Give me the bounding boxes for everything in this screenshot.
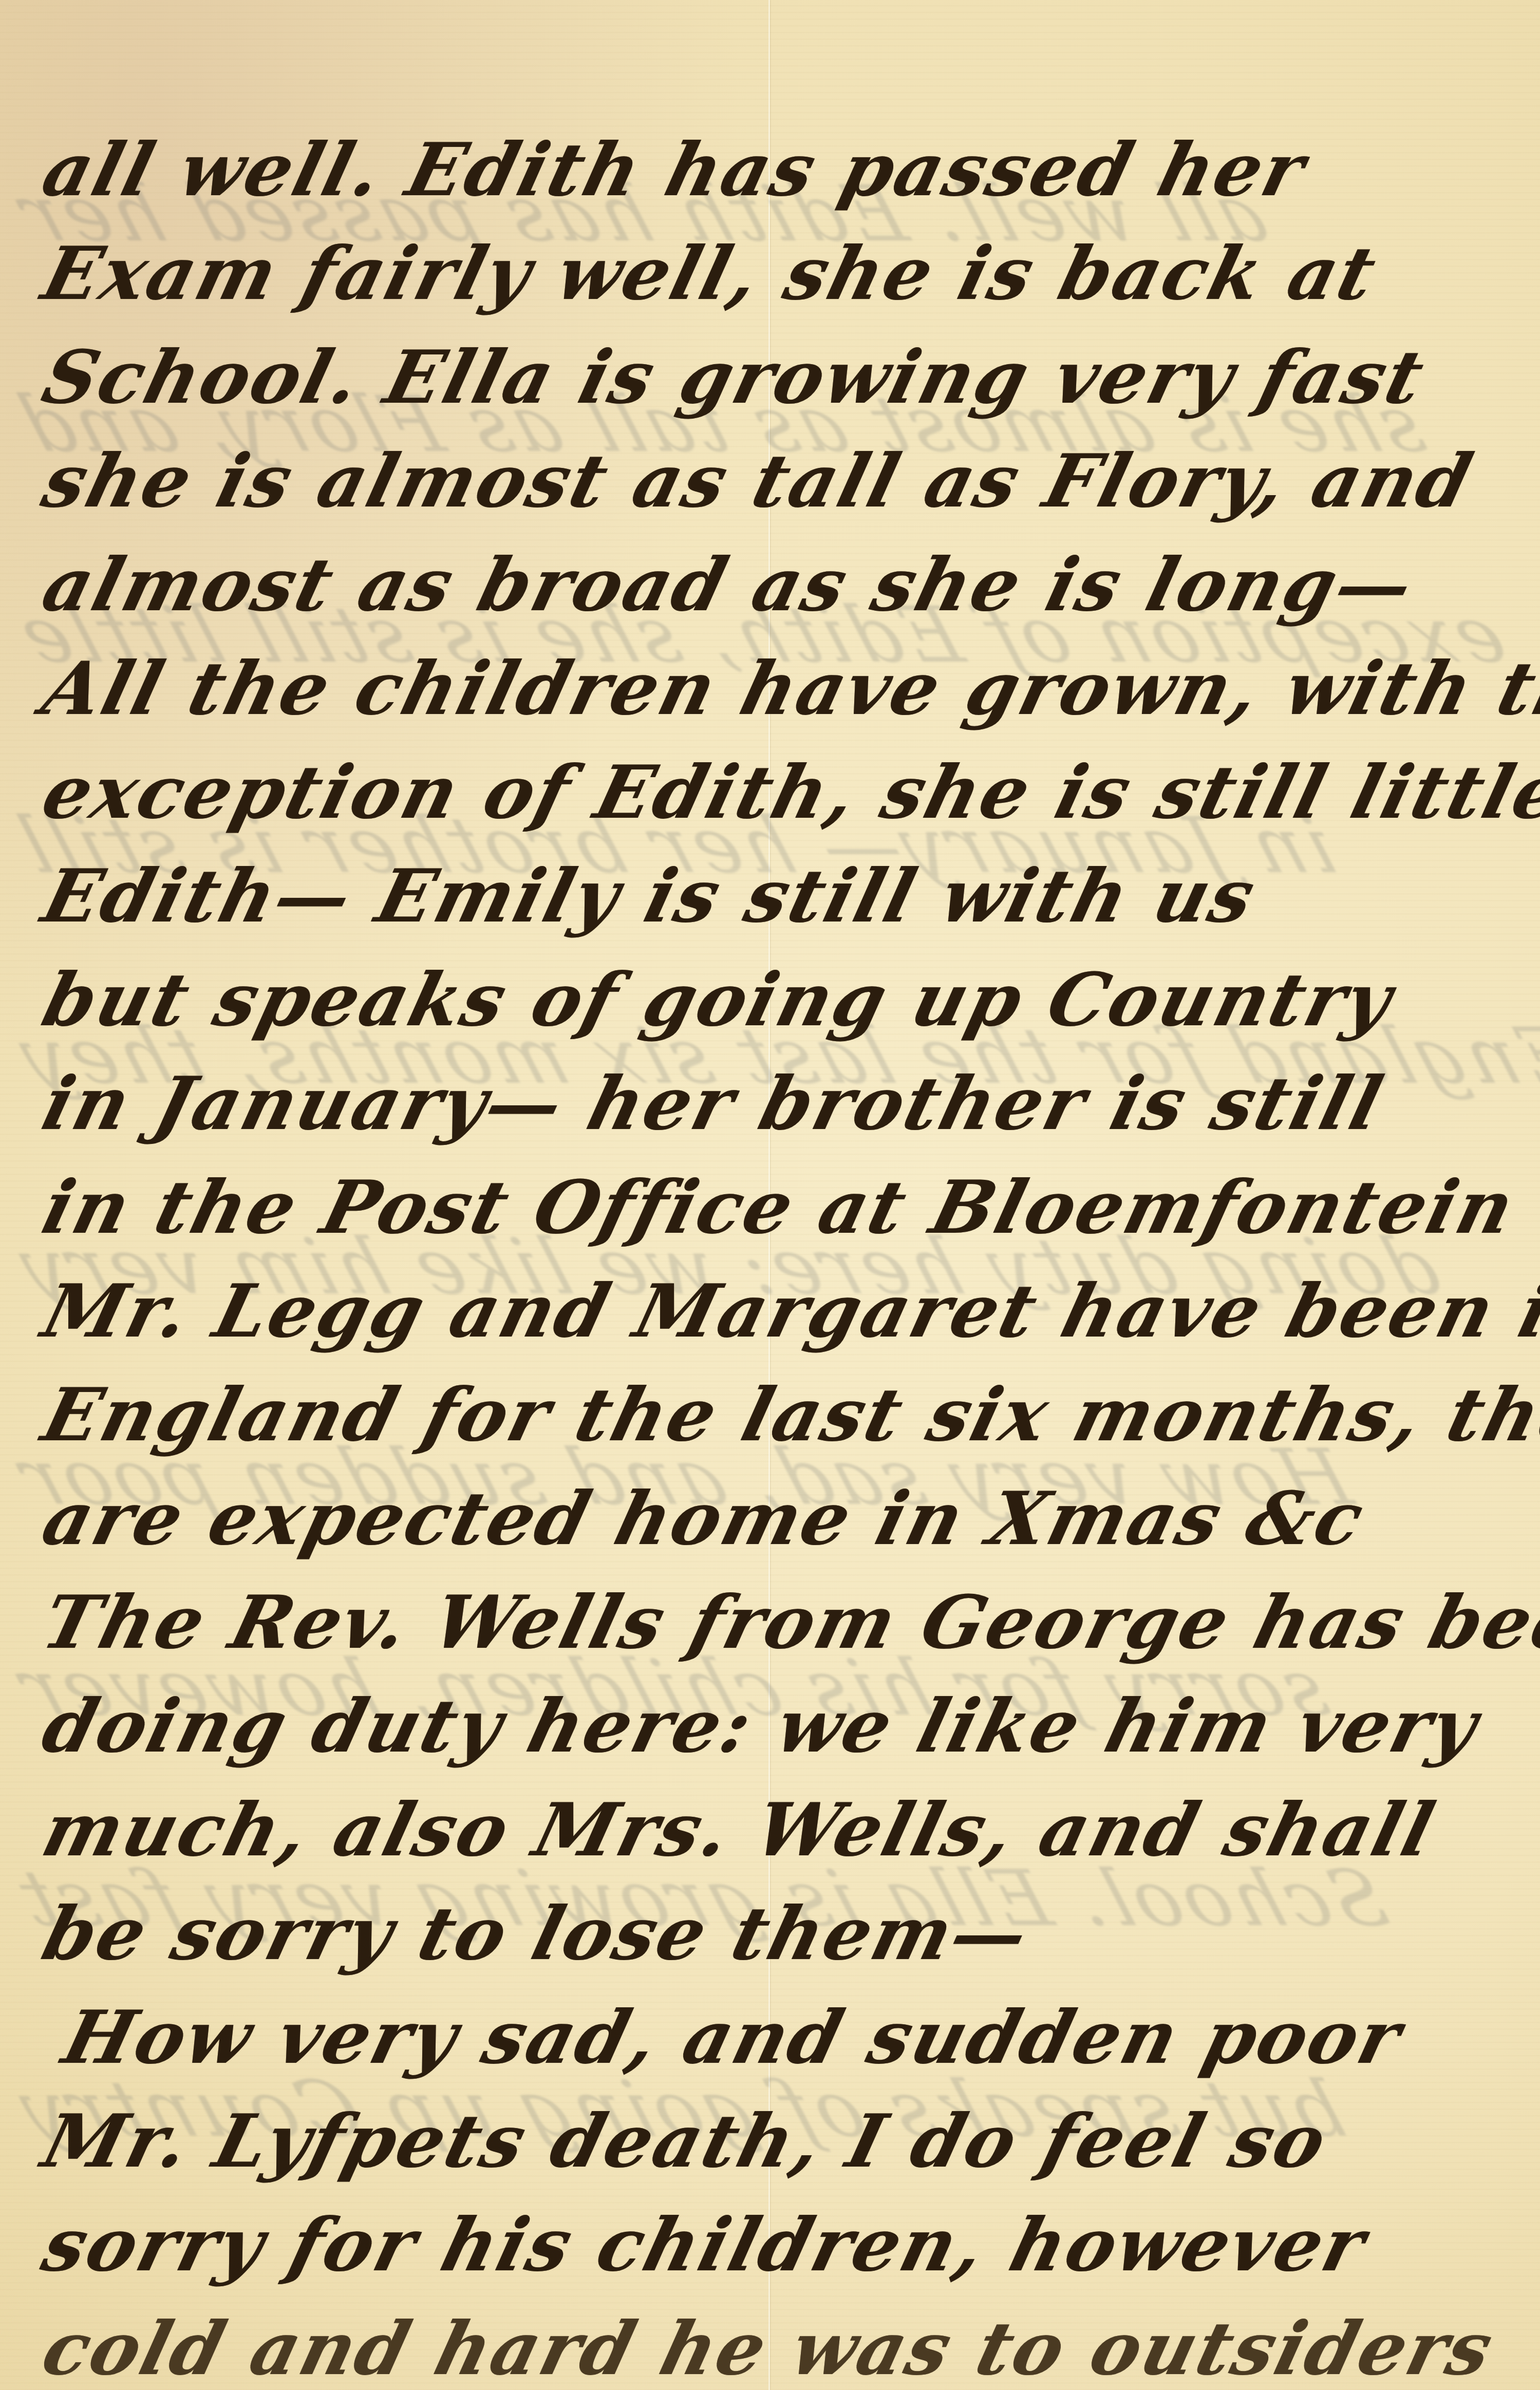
letter-line-18: be sorry to lose them— xyxy=(36,1867,1540,1970)
letter-line-10: in January— her brother is still xyxy=(36,1037,1540,1140)
letter-line-7: exception of Edith, she is still little xyxy=(36,725,1540,829)
letter-line-16: doing duty here: we like him very xyxy=(36,1659,1540,1763)
letter-line-6: All the children have grown, with the xyxy=(36,622,1540,725)
letter-line-1: all well. Edith has passed her xyxy=(36,103,1540,206)
letter-line-3: School. Ella is growing very fast xyxy=(36,310,1540,414)
letter-line-5: almost as broad as she is long— xyxy=(36,518,1540,622)
letter-line-4: she is almost as tall as Flory, and xyxy=(36,414,1540,518)
letter-line-22: cold and hard he was to outsiders xyxy=(36,2282,1540,2385)
letter-text: all well. Edith has passed her Exam fair… xyxy=(36,103,1515,2385)
letter-line-8: Edith— Emily is still with us xyxy=(36,829,1540,933)
letter-line-19: How very sad, and sudden poor xyxy=(36,1970,1540,2074)
letter-line-15: The Rev. Wells from George has been xyxy=(36,1555,1540,1659)
letter-line-20: Mr. Lyfpets death, I do feel so xyxy=(36,2074,1540,2178)
letter-line-12: Mr. Legg and Margaret have been in xyxy=(36,1244,1540,1348)
letter-line-13: England for the last six months, they xyxy=(36,1348,1540,1452)
letter-line-21: sorry for his children, however xyxy=(36,2178,1540,2282)
letter-line-17: much, also Mrs. Wells, and shall xyxy=(36,1763,1540,1867)
letter-line-11: in the Post Office at Bloemfontein xyxy=(36,1140,1540,1244)
letter-line-9: but speaks of going up Country xyxy=(36,933,1540,1037)
letter-line-2: Exam fairly well, she is back at xyxy=(36,206,1540,310)
letter-page: all well. Edith has passed her she is al… xyxy=(0,0,1540,2390)
letter-line-14: are expected home in Xmas &c xyxy=(36,1452,1540,1555)
